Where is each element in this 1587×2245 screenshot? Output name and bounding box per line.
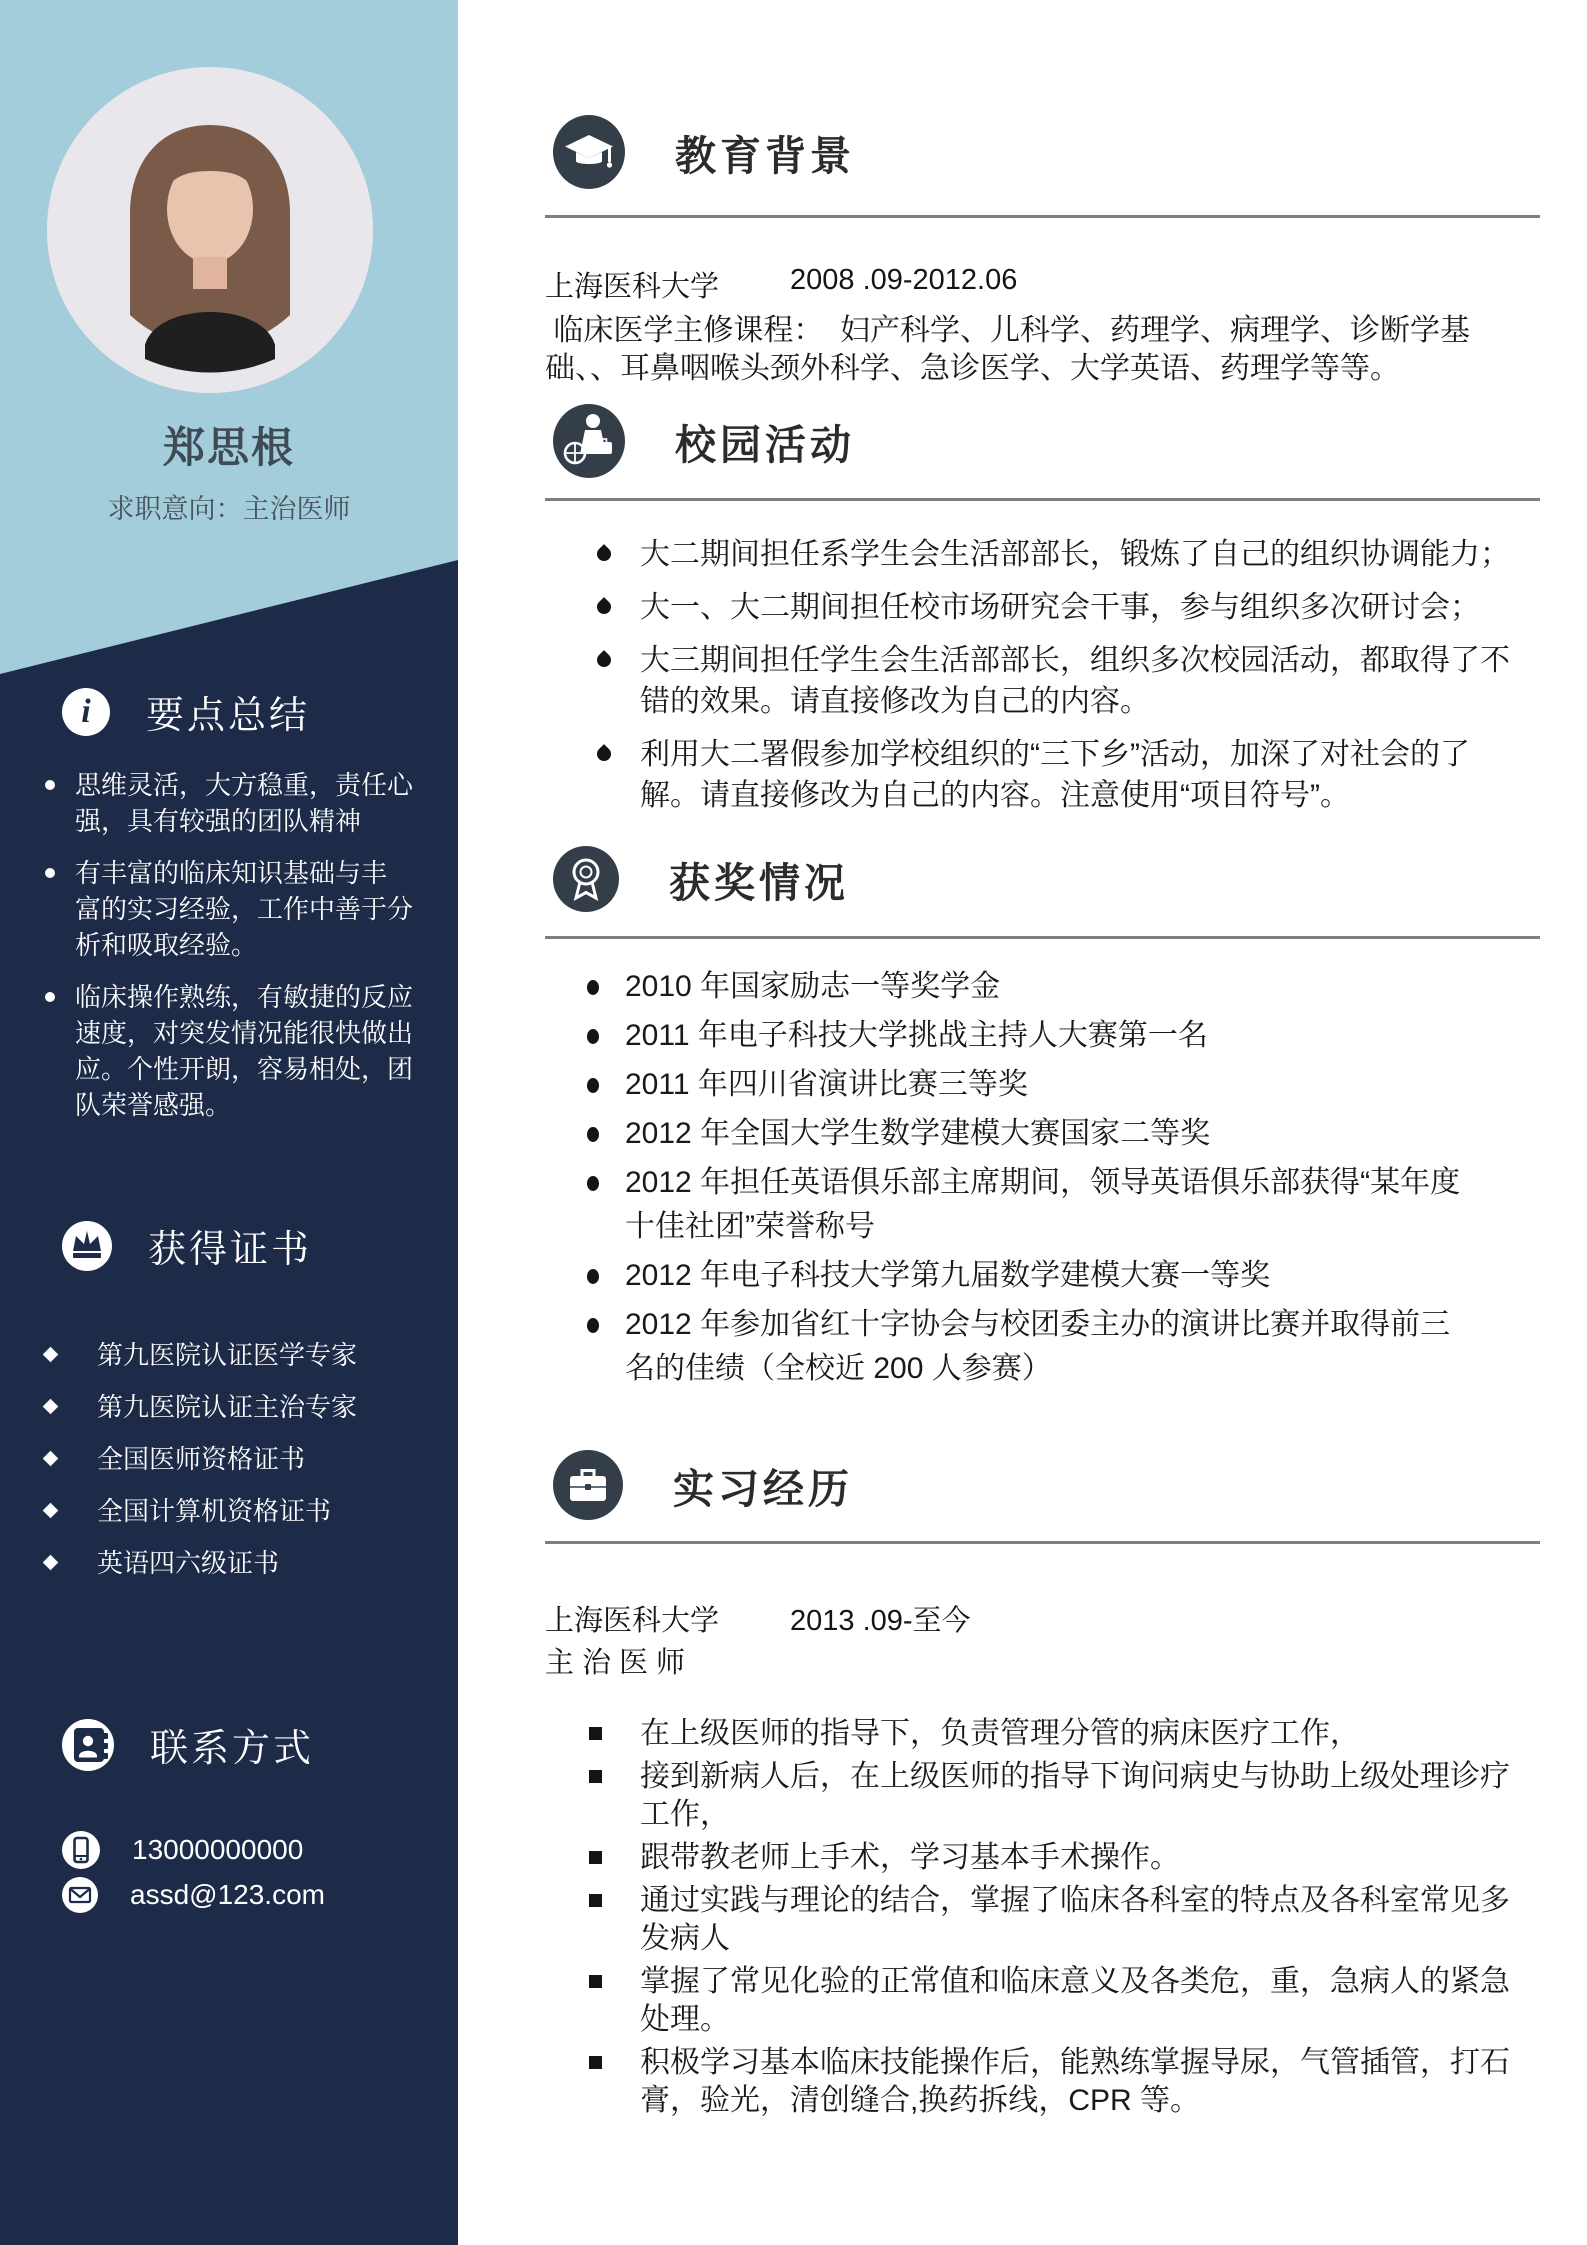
school-name: 上海医科大学 — [545, 264, 719, 305]
envelope-icon — [62, 1877, 98, 1913]
summary-list: 思维灵活，大方稳重，责任心 强，具有较强的团队精神 有丰富的临床知识基础与丰 富… — [0, 767, 458, 1123]
list-item: 思维灵活，大方稳重，责任心 强，具有较强的团队精神 — [45, 767, 436, 839]
identity-block: 郑思根 求职意向：主治医师 — [0, 415, 458, 526]
list-item: 2012 年全国大学生数学建模大赛国家二等奖 — [545, 1112, 1540, 1156]
graduation-cap-icon — [553, 115, 625, 189]
resume-page: 郑思根 求职意向：主治医师 i 要点总结 思维灵活，大方稳重，责任心 强，具有较… — [0, 0, 1587, 2245]
education-header: 教育背景 — [545, 115, 1540, 189]
certificates-header: 获得证书 — [0, 1218, 458, 1273]
profile-photo — [47, 67, 373, 393]
education-section: 教育背景 上海医科大学 2008 .09-2012.06 临床医学主修课程： 妇… — [545, 115, 1540, 388]
awards-list: 2010 年国家励志一等奖学金 2011 年电子科技大学挑战主持人大赛第一名 2… — [545, 965, 1540, 1391]
education-entry-row: 上海医科大学 2008 .09-2012.06 — [545, 264, 1540, 300]
internship-period: 2013 .09-至今 — [790, 1598, 971, 1639]
medal-icon — [553, 846, 619, 912]
droplet-bullet-icon — [594, 650, 614, 670]
list-item: 大三期间担任学生会生活部部长，组织多次校园活动，都取得了不 错的效果。请直接修改… — [545, 640, 1540, 722]
section-divider — [545, 936, 1540, 939]
list-item: 掌握了常见化验的正常值和临床意义及各类危，重，急病人的紧急 处理。 — [545, 1963, 1540, 2039]
list-item: 大二期间担任系学生会生活部部长，锻炼了自己的组织协调能力； — [545, 534, 1540, 575]
campus-list: 大二期间担任系学生会生活部部长，锻炼了自己的组织协调能力； 大一、大二期间担任校… — [545, 534, 1540, 816]
contact-header: 联系方式 — [0, 1717, 458, 1772]
droplet-bullet-icon — [594, 597, 614, 617]
droplet-bullet-icon — [594, 544, 614, 564]
internship-header: 实习经历 — [545, 1450, 1540, 1520]
internship-section: 实习经历 上海医科大学 2013 .09-至今 主治医师 在上级医师的指导下，负… — [545, 1450, 1540, 2125]
phone-row: 13000000000 — [62, 1831, 458, 1869]
contact-title: 联系方式 — [150, 1717, 314, 1772]
list-item: 积极学习基本临床技能操作后，能熟练掌握导尿，气管插管，打石 膏，验光，清创缝合,… — [545, 2044, 1540, 2120]
education-period: 2008 .09-2012.06 — [790, 264, 1017, 297]
list-item: 在上级医师的指导下，负责管理分管的病床医疗工作， — [545, 1715, 1540, 1753]
list-item: 有丰富的临床知识基础与丰 富的实习经验，工作中善于分 析和吸取经验。 — [45, 855, 436, 963]
sidebar: 郑思根 求职意向：主治医师 i 要点总结 思维灵活，大方稳重，责任心 强，具有较… — [0, 0, 458, 2245]
crown-icon — [62, 1221, 112, 1271]
portrait-placeholder-image — [47, 67, 373, 393]
summary-section: i 要点总结 思维灵活，大方稳重，责任心 强，具有较强的团队精神 有丰富的临床知… — [0, 684, 458, 1139]
contact-section: 联系方式 13000000000 — [0, 1717, 458, 1921]
square-bullet-icon — [589, 1975, 602, 1988]
list-item: 英语四六级证书 — [45, 1545, 436, 1581]
email-row: assd@123.com — [62, 1876, 458, 1914]
square-bullet-icon — [589, 1894, 602, 1907]
certificates-section: 获得证书 第九医院认证医学专家 第九医院认证主治专家 全国医师资格证书 全国计算… — [0, 1218, 458, 1597]
internship-entry-row: 上海医科大学 2013 .09-至今 — [545, 1598, 1540, 1634]
dot-bullet-icon — [587, 1029, 599, 1044]
candidate-name: 郑思根 — [0, 415, 458, 475]
student-briefcase-icon — [553, 404, 625, 478]
internship-list: 在上级医师的指导下，负责管理分管的病床医疗工作， 接到新病人后，在上级医师的指导… — [545, 1715, 1540, 2120]
list-item: 第九医院认证医学专家 — [45, 1337, 436, 1373]
campus-header: 校园活动 — [545, 404, 1540, 478]
dot-bullet-icon — [587, 1176, 599, 1191]
dot-bullet-icon — [587, 980, 599, 995]
list-item: 大一、大二期间担任校市场研究会干事，参与组织多次研讨会； — [545, 587, 1540, 628]
phone-icon — [62, 1831, 100, 1869]
dot-bullet-icon — [45, 992, 55, 1002]
list-item: 2010 年国家励志一等奖学金 — [545, 965, 1540, 1009]
diamond-bullet-icon — [43, 1347, 59, 1363]
list-item: 通过实践与理论的结合，掌握了临床各科室的特点及各科室常见多 发病人 — [545, 1882, 1540, 1958]
square-bullet-icon — [589, 2056, 602, 2069]
list-item: 2012 年参加省红十字协会与校团委主办的演讲比赛并取得前三 名的佳绩（全校近 … — [545, 1303, 1540, 1391]
square-bullet-icon — [589, 1851, 602, 1864]
list-item: 2012 年电子科技大学第九届数学建模大赛一等奖 — [545, 1254, 1540, 1298]
square-bullet-icon — [589, 1727, 602, 1740]
certificates-list: 第九医院认证医学专家 第九医院认证主治专家 全国医师资格证书 全国计算机资格证书… — [0, 1337, 458, 1581]
square-bullet-icon — [589, 1770, 602, 1783]
diamond-bullet-icon — [43, 1503, 59, 1519]
dot-bullet-icon — [587, 1078, 599, 1093]
email-address: assd@123.com — [130, 1879, 325, 1911]
dot-bullet-icon — [45, 868, 55, 878]
list-item: 临床操作熟练，有敏捷的反应 速度，对突发情况能很快做出 应。个性开朗，容易相处，… — [45, 979, 436, 1123]
list-item: 全国医师资格证书 — [45, 1441, 436, 1477]
awards-title: 获奖情况 — [669, 850, 849, 909]
list-item: 2012 年担任英语俱乐部主席期间，领导英语俱乐部获得“某年度 十佳社团”荣誉称… — [545, 1161, 1540, 1249]
list-item: 2011 年四川省演讲比赛三等奖 — [545, 1063, 1540, 1107]
dot-bullet-icon — [587, 1318, 599, 1333]
diamond-bullet-icon — [43, 1451, 59, 1467]
campus-title: 校园活动 — [675, 412, 855, 471]
droplet-bullet-icon — [594, 744, 614, 764]
list-item: 第九医院认证主治专家 — [45, 1389, 436, 1425]
list-item: 全国计算机资格证书 — [45, 1493, 436, 1529]
education-title: 教育背景 — [675, 123, 855, 182]
dot-bullet-icon — [45, 780, 55, 790]
info-icon: i — [62, 688, 110, 736]
education-description: 临床医学主修课程： 妇产科学、儿科学、药理学、病理学、诊断学基 础、、耳鼻咽喉头… — [545, 312, 1540, 388]
summary-title: 要点总结 — [146, 684, 310, 739]
section-divider — [545, 498, 1540, 501]
dot-bullet-icon — [587, 1127, 599, 1142]
internship-title: 实习经历 — [673, 1456, 853, 1515]
contact-rows: 13000000000 assd@123.com — [0, 1831, 458, 1914]
employer-name: 上海医科大学 — [545, 1598, 719, 1639]
section-divider — [545, 215, 1540, 218]
job-objective: 求职意向：主治医师 — [0, 487, 458, 526]
contact-book-icon — [62, 1719, 114, 1771]
list-item: 2011 年电子科技大学挑战主持人大赛第一名 — [545, 1014, 1540, 1058]
section-divider — [545, 1541, 1540, 1544]
job-position: 主治医师 — [545, 1640, 1540, 1681]
awards-section: 获奖情况 2010 年国家励志一等奖学金 2011 年电子科技大学挑战主持人大赛… — [545, 846, 1540, 1396]
phone-number: 13000000000 — [132, 1834, 303, 1866]
diamond-bullet-icon — [43, 1399, 59, 1415]
diamond-bullet-icon — [43, 1555, 59, 1571]
list-item: 跟带教老师上手术，学习基本手术操作。 — [545, 1839, 1540, 1877]
briefcase-icon — [553, 1450, 623, 1520]
summary-header: i 要点总结 — [0, 684, 458, 739]
dot-bullet-icon — [587, 1269, 599, 1284]
list-item: 利用大二署假参加学校组织的“三下乡”活动，加深了对社会的了 解。请直接修改为自己… — [545, 734, 1540, 816]
list-item: 接到新病人后，在上级医师的指导下询问病史与协助上级处理诊疗 工作， — [545, 1758, 1540, 1834]
certificates-title: 获得证书 — [148, 1218, 312, 1273]
awards-header: 获奖情况 — [545, 846, 1540, 912]
campus-activities-section: 校园活动 大二期间担任系学生会生活部部长，锻炼了自己的组织协调能力； 大一、大二… — [545, 404, 1540, 828]
